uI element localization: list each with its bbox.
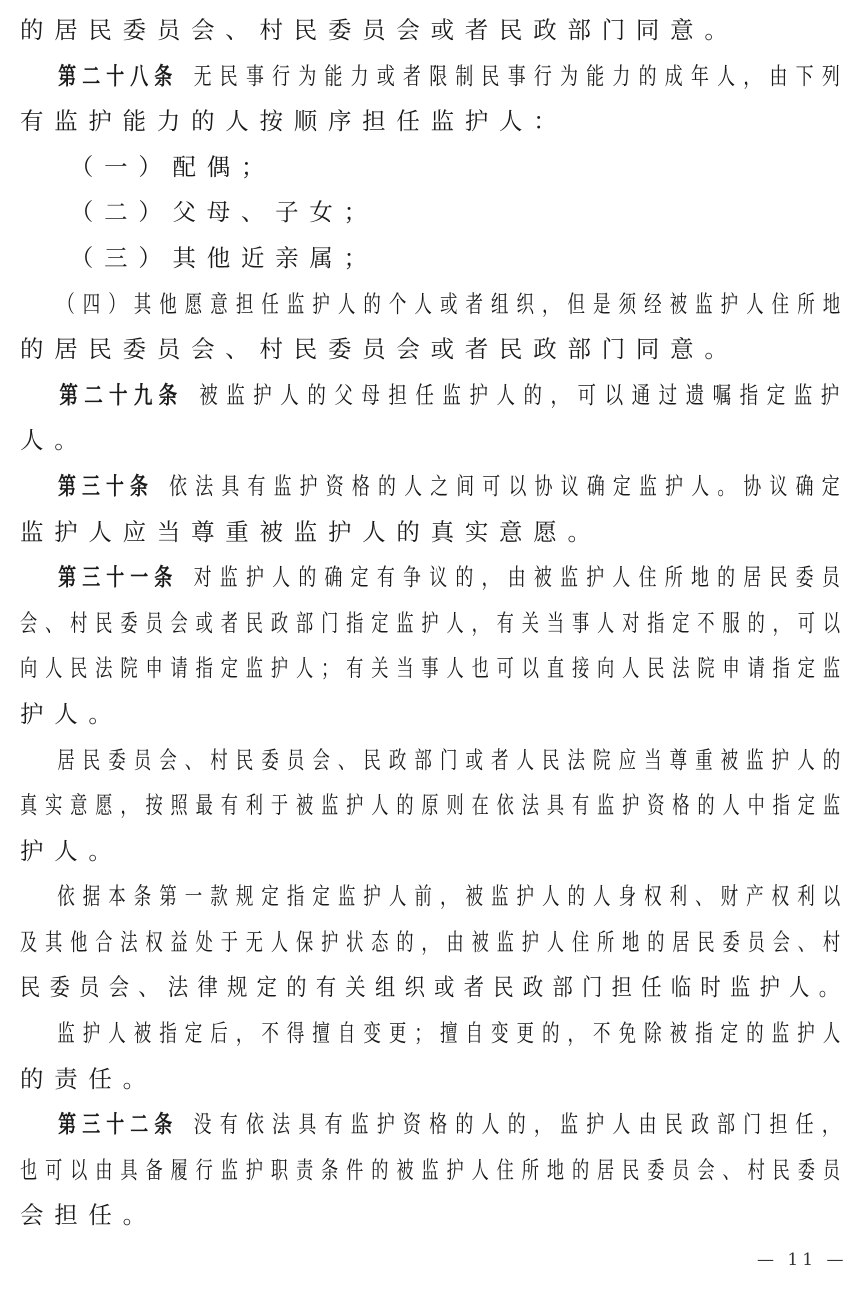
line-text: 居民委员会、村民委员会、民政部门或者人民法院应当尊重被监护人的 bbox=[57, 738, 848, 784]
line-text: 没有依法具有监护资格的人的，监护人由民政部门担任， bbox=[194, 1102, 848, 1148]
line-text: 对监护人的确定有争议的，由被监护人住所地的居民委员 bbox=[194, 555, 848, 601]
line-text: 的居民委员会、村民委员会或者民政部门同意。 bbox=[20, 8, 739, 54]
line-text: 会担任。 bbox=[20, 1193, 157, 1239]
line-text: 的居民委员会、村民委员会或者民政部门同意。 bbox=[20, 327, 739, 373]
text-line: 监护人被指定后，不得擅自变更；擅自变更的，不免除被指定的监护人 bbox=[20, 1011, 637, 1057]
line-text: 人。 bbox=[20, 418, 88, 464]
text-line: 第二十九条被监护人的父母担任监护人的，可以通过遗嘱指定监护 bbox=[20, 373, 674, 419]
page-number: — 11 — bbox=[757, 1250, 847, 1270]
text-line: 的居民委员会、村民委员会或者民政部门同意。 bbox=[20, 327, 848, 373]
text-line: 有监护能力的人按顺序担任监护人： bbox=[20, 99, 848, 145]
line-text: 监护人应当尊重被监护人的真实意愿。 bbox=[20, 510, 602, 556]
text-line: 护人。 bbox=[20, 829, 848, 875]
line-text: 及其他合法权益处于无人保护状态的，由被监护人住所地的居民委员会、村 bbox=[20, 920, 848, 966]
line-text: 也可以由具备履行监护职责条件的被监护人住所地的居民委员会、村民委员 bbox=[20, 1148, 848, 1194]
line-text: 依据本条第一款规定指定监护人前，被监护人的人身权利、财产权利以 bbox=[57, 874, 848, 920]
text-line: （一）配偶； bbox=[20, 145, 848, 191]
line-text: 会、村民委员会或者民政部门指定监护人，有关当事人对指定不服的，可以 bbox=[20, 601, 848, 647]
text-line: 护人。 bbox=[20, 692, 848, 738]
line-text: 依法具有监护资格的人之间可以协议确定监护人。协议确定 bbox=[169, 464, 848, 510]
line-text: （三）其他近亲属； bbox=[70, 236, 378, 282]
text-line: 民委员会、法律规定的有关组织或者民政部门担任临时监护人。 bbox=[20, 965, 736, 1011]
text-line: 第三十一条对监护人的确定有争议的，由被监护人住所地的居民委员 bbox=[20, 555, 653, 601]
text-line: （二）父母、子女； bbox=[20, 190, 848, 236]
line-text: （二）父母、子女； bbox=[70, 190, 378, 236]
article-heading: 第二十九条 bbox=[59, 373, 183, 419]
text-line: （四）其他愿意担任监护人的个人或者组织，但是须经被监护人住所地 bbox=[20, 282, 637, 328]
text-line: （三）其他近亲属； bbox=[20, 236, 848, 282]
line-text: 护人。 bbox=[20, 829, 123, 875]
article-heading: 第三十二条 bbox=[58, 1102, 178, 1148]
text-line: 第三十条依法具有监护资格的人之间可以协议确定监护人。协议确定 bbox=[20, 464, 652, 510]
text-line: 及其他合法权益处于无人保护状态的，由被监护人住所地的居民委员会、村 bbox=[20, 920, 627, 966]
text-line: 也可以由具备履行监护职责条件的被监护人住所地的居民委员会、村民委员 bbox=[20, 1148, 627, 1194]
text-line: 的居民委员会、村民委员会或者民政部门同意。 bbox=[20, 8, 848, 54]
article-heading: 第三十一条 bbox=[58, 555, 178, 601]
text-line: 第三十二条没有依法具有监护资格的人的，监护人由民政部门担任， bbox=[20, 1102, 653, 1148]
line-text: 护人。 bbox=[20, 692, 123, 738]
document-page: 的居民委员会、村民委员会或者民政部门同意。第二十八条无民事行为能力或者限制民事行… bbox=[20, 8, 850, 1239]
text-line: 第二十八条无民事行为能力或者限制民事行为能力的成年人，由下列 bbox=[20, 54, 653, 100]
line-text: 向人民法院申请指定监护人；有关当事人也可以直接向人民法院申请指定监 bbox=[20, 646, 848, 692]
article-heading: 第二十八条 bbox=[58, 54, 178, 100]
text-line: 依据本条第一款规定指定监护人前，被监护人的人身权利、财产权利以 bbox=[20, 874, 637, 920]
text-line: 居民委员会、村民委员会、民政部门或者人民法院应当尊重被监护人的 bbox=[20, 738, 637, 784]
text-line: 人。 bbox=[20, 418, 848, 464]
line-text: 有监护能力的人按顺序担任监护人： bbox=[20, 99, 567, 145]
line-text: （一）配偶； bbox=[70, 145, 275, 191]
text-line: 真实意愿，按照最有利于被监护人的原则在依法具有监护资格的人中指定监 bbox=[20, 783, 627, 829]
line-text: 真实意愿，按照最有利于被监护人的原则在依法具有监护资格的人中指定监 bbox=[20, 783, 848, 829]
line-text: 无民事行为能力或者限制民事行为能力的成年人，由下列 bbox=[194, 54, 848, 100]
line-text: 被监护人的父母担任监护人的，可以通过遗嘱指定监护 bbox=[199, 373, 848, 419]
line-text: 民委员会、法律规定的有关组织或者民政部门担任临时监护人。 bbox=[20, 965, 848, 1011]
text-line: 监护人应当尊重被监护人的真实意愿。 bbox=[20, 510, 848, 556]
text-line: 会担任。 bbox=[20, 1193, 848, 1239]
text-line: 向人民法院申请指定监护人；有关当事人也可以直接向人民法院申请指定监 bbox=[20, 646, 627, 692]
line-text: 的责任。 bbox=[20, 1057, 157, 1103]
line-text: （四）其他愿意担任监护人的个人或者组织，但是须经被监护人住所地 bbox=[57, 282, 848, 328]
line-text: 监护人被指定后，不得擅自变更；擅自变更的，不免除被指定的监护人 bbox=[57, 1011, 848, 1057]
text-line: 的责任。 bbox=[20, 1057, 848, 1103]
article-heading: 第三十条 bbox=[58, 464, 154, 510]
text-line: 会、村民委员会或者民政部门指定监护人，有关当事人对指定不服的，可以 bbox=[20, 601, 627, 647]
